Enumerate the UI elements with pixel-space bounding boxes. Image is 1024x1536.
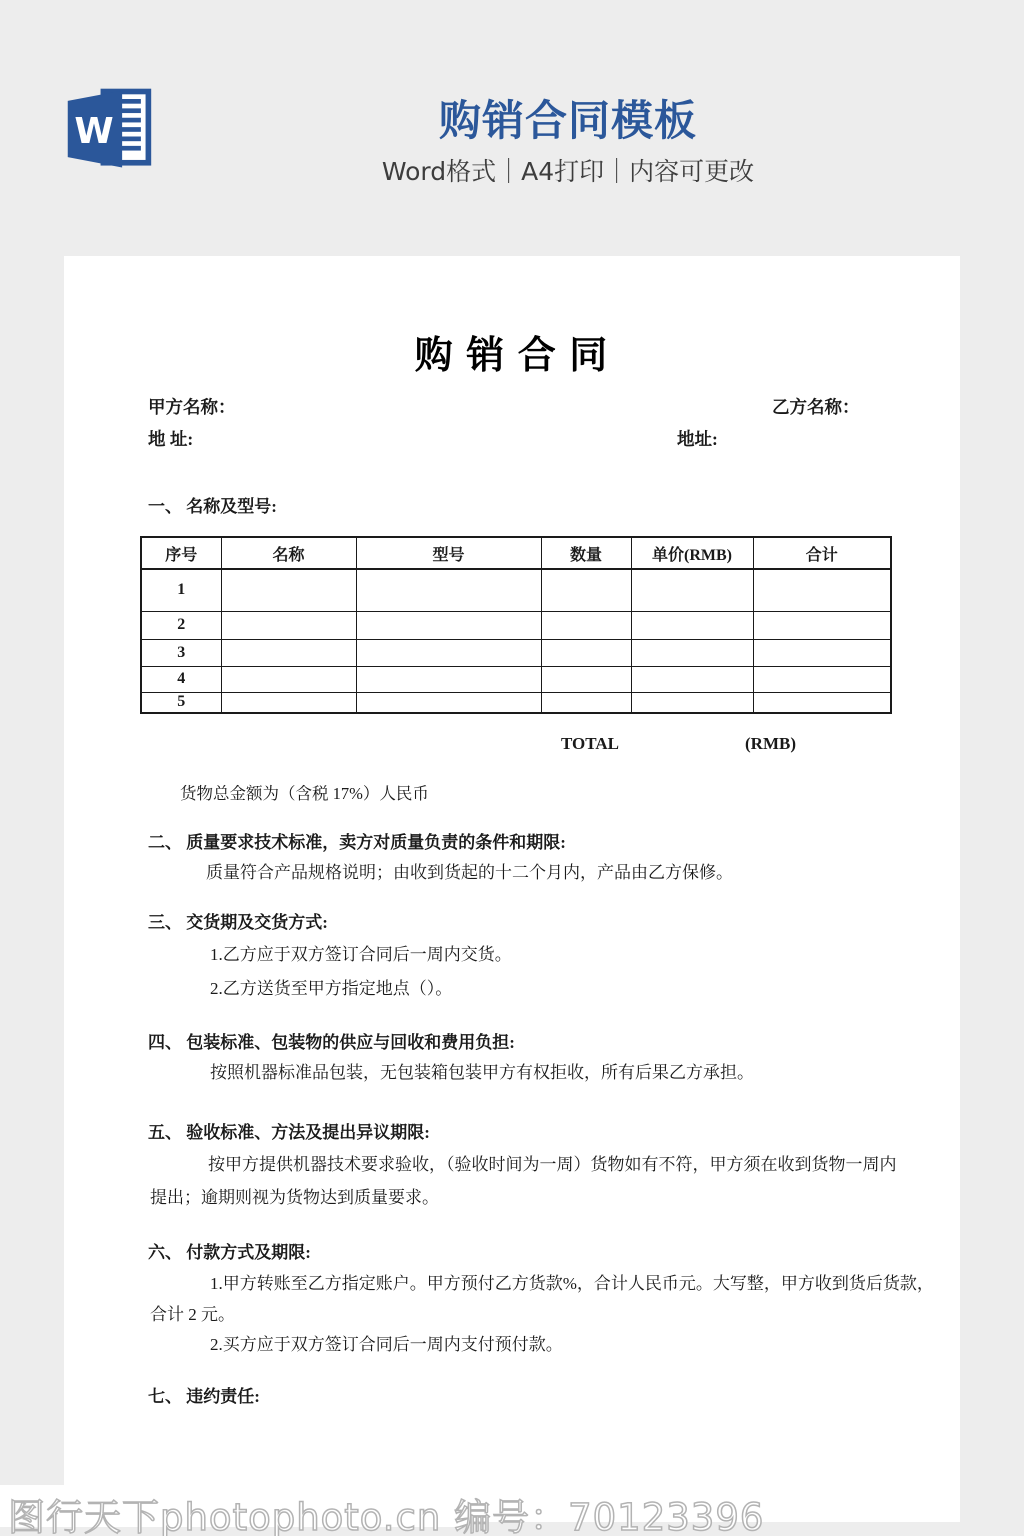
col-header-model: 型号 bbox=[356, 537, 541, 569]
section-6-item-1: 1.甲方转账至乙方指定账户。甲方预付乙方货款%，合计人民币元。大写整，甲方收到货… bbox=[150, 1268, 942, 1330]
table-row: 5 bbox=[141, 692, 891, 713]
banner-subtitle: Word格式｜A4打印｜内容可更改 bbox=[112, 152, 1024, 188]
total-label: TOTAL bbox=[561, 734, 619, 754]
empty-cell bbox=[753, 666, 891, 692]
amount-note: 货物总金额为（含税 17%）人民币 bbox=[180, 780, 429, 804]
template-preview: W 购销合同模板 Word格式｜A4打印｜内容可更改 购 销 合 同 甲方名称：… bbox=[0, 0, 1024, 1536]
col-header-index: 序号 bbox=[141, 537, 221, 569]
section-4-heading: 四、 包装标准、包装物的供应与回收和费用负担: bbox=[148, 1028, 515, 1053]
section-2-heading: 二、 质量要求技术标准，卖方对质量负责的条件和期限: bbox=[148, 828, 566, 853]
document-page: 购 销 合 同 甲方名称： 乙方名称： 地 址: 地址: 一、 名称及型号: 序… bbox=[64, 256, 960, 1522]
section-3-heading: 三、 交货期及交货方式: bbox=[148, 908, 328, 933]
empty-cell bbox=[221, 569, 356, 611]
section-5-heading: 五、 验收标准、方法及提出异议期限: bbox=[148, 1118, 430, 1143]
empty-cell bbox=[356, 611, 541, 639]
empty-cell bbox=[631, 569, 753, 611]
empty-cell bbox=[541, 569, 631, 611]
section-2-body: 质量符合产品规格说明；由收到货起的十二个月内，产品由乙方保修。 bbox=[150, 858, 890, 888]
row-number: 3 bbox=[141, 639, 221, 666]
empty-cell bbox=[541, 692, 631, 713]
table-header-row: 序号 名称 型号 数量 单价(RMB) 合计 bbox=[141, 537, 891, 569]
col-header-quantity: 数量 bbox=[541, 537, 631, 569]
empty-cell bbox=[356, 666, 541, 692]
table-row: 3 bbox=[141, 639, 891, 666]
empty-cell bbox=[221, 666, 356, 692]
contract-title: 购 销 合 同 bbox=[64, 324, 960, 379]
empty-cell bbox=[753, 639, 891, 666]
empty-cell bbox=[753, 692, 891, 713]
empty-cell bbox=[356, 692, 541, 713]
address-a-label: 地 址: bbox=[148, 426, 193, 451]
address-b-label: 地址: bbox=[677, 426, 718, 451]
empty-cell bbox=[753, 611, 891, 639]
empty-cell bbox=[631, 639, 753, 666]
items-table: 序号 名称 型号 数量 单价(RMB) 合计 1 2 bbox=[140, 536, 892, 714]
empty-cell bbox=[541, 666, 631, 692]
empty-cell bbox=[631, 611, 753, 639]
col-header-total: 合计 bbox=[753, 537, 891, 569]
empty-cell bbox=[356, 569, 541, 611]
party-a-label: 甲方名称： bbox=[148, 394, 236, 419]
table-row: 1 bbox=[141, 569, 891, 611]
empty-cell bbox=[541, 611, 631, 639]
col-header-name: 名称 bbox=[221, 537, 356, 569]
row-number: 5 bbox=[141, 692, 221, 713]
section-3-item-2: 2.乙方送货至甲方指定地点（）。 bbox=[210, 974, 452, 1004]
row-number: 4 bbox=[141, 666, 221, 692]
empty-cell bbox=[753, 569, 891, 611]
empty-cell bbox=[631, 692, 753, 713]
section-4-body: 按照机器标准品包装，无包装箱包装甲方有权拒收，所有后果乙方承担。 bbox=[150, 1058, 890, 1088]
table-row: 4 bbox=[141, 666, 891, 692]
section-6-item-2: 2.买方应于双方签订合同后一周内支付预付款。 bbox=[210, 1330, 563, 1360]
section-7-heading: 七、 违约责任: bbox=[148, 1382, 260, 1407]
total-currency: (RMB) bbox=[745, 734, 796, 754]
empty-cell bbox=[221, 611, 356, 639]
word-icon-letter: W bbox=[74, 111, 113, 152]
party-b-label: 乙方名称： bbox=[772, 394, 860, 419]
section-5-body: 按甲方提供机器技术要求验收，（验收时间为一周）货物如有不符，甲方须在收到货物一周… bbox=[150, 1148, 912, 1214]
row-number: 1 bbox=[141, 569, 221, 611]
section-1-heading: 一、 名称及型号: bbox=[148, 492, 277, 517]
table-row: 2 bbox=[141, 611, 891, 639]
empty-cell bbox=[221, 692, 356, 713]
col-header-unit-price: 单价(RMB) bbox=[631, 537, 753, 569]
row-number: 2 bbox=[141, 611, 221, 639]
empty-cell bbox=[356, 639, 541, 666]
empty-cell bbox=[541, 639, 631, 666]
banner-title: 购销合同模板 bbox=[112, 88, 1024, 148]
empty-cell bbox=[221, 639, 356, 666]
watermark-text: 图行天下photophoto.cn 编号：70123396 bbox=[8, 1487, 764, 1536]
empty-cell bbox=[631, 666, 753, 692]
section-3-item-1: 1.乙方应于双方签订合同后一周内交货。 bbox=[210, 940, 512, 970]
section-6-heading: 六、 付款方式及期限: bbox=[148, 1238, 311, 1263]
